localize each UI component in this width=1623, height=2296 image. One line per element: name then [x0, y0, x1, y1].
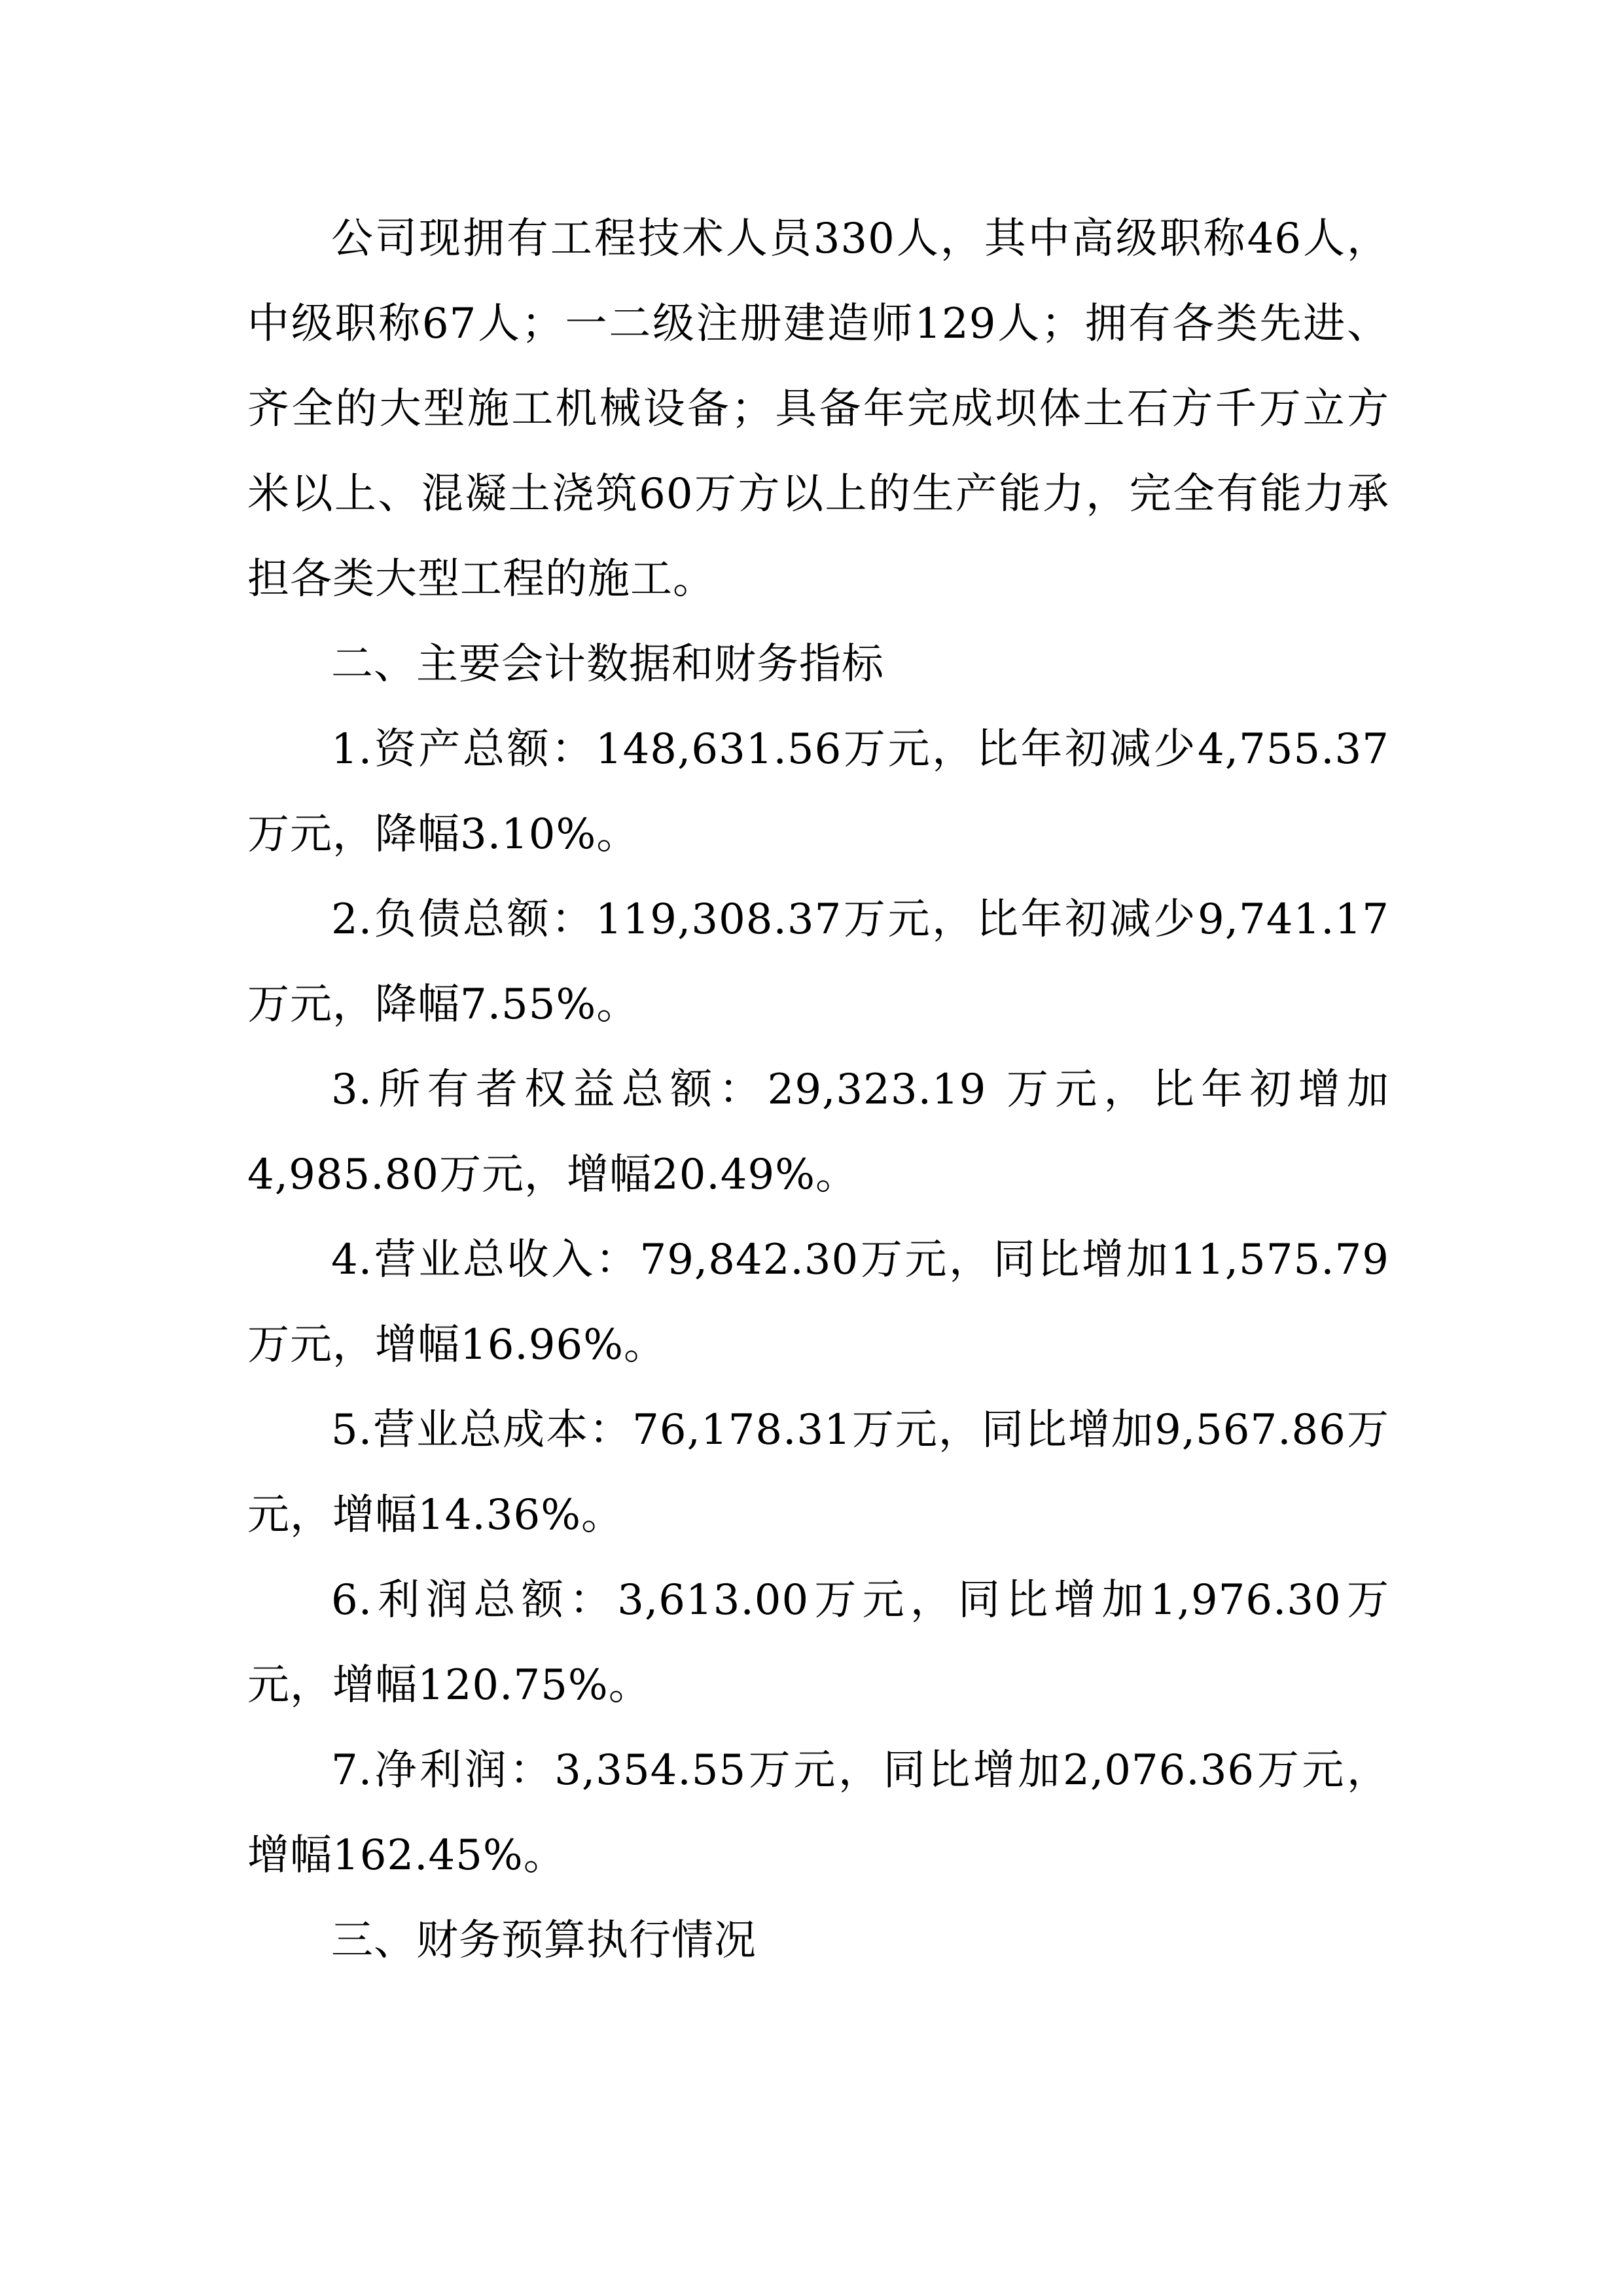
item-total-cost: 5.营业总成本：76,178.31万元，同比增加9,567.86万元，增幅14.… — [247, 1388, 1389, 1558]
item-total-profit: 6.利润总额：3,613.00万元，同比增加1,976.30万元，增幅120.7… — [247, 1558, 1389, 1728]
item-total-revenue: 4.营业总收入：79,842.30万元，同比增加11,575.79万元，增幅16… — [247, 1217, 1389, 1388]
item-net-profit: 7.净利润：3,354.55万元，同比增加2,076.36万元，增幅162.45… — [247, 1728, 1389, 1898]
document-page: 公司现拥有工程技术人员330人，其中高级职称46人，中级职称67人；一二级注册建… — [247, 196, 1389, 1983]
item-total-assets: 1.资产总额：148,631.56万元，比年初减少4,755.37万元，降幅3.… — [247, 707, 1389, 877]
section-heading-accounting-data: 二、主要会计数据和财务指标 — [247, 622, 1389, 707]
item-owners-equity: 3.所有者权益总额：29,323.19 万元，比年初增加4,985.80万元，增… — [247, 1047, 1389, 1217]
section-heading-budget-execution: 三、财务预算执行情况 — [247, 1898, 1389, 1983]
item-total-liabilities: 2.负债总额：119,308.37万元，比年初减少9,741.17万元，降幅7.… — [247, 877, 1389, 1047]
intro-paragraph: 公司现拥有工程技术人员330人，其中高级职称46人，中级职称67人；一二级注册建… — [247, 196, 1389, 622]
